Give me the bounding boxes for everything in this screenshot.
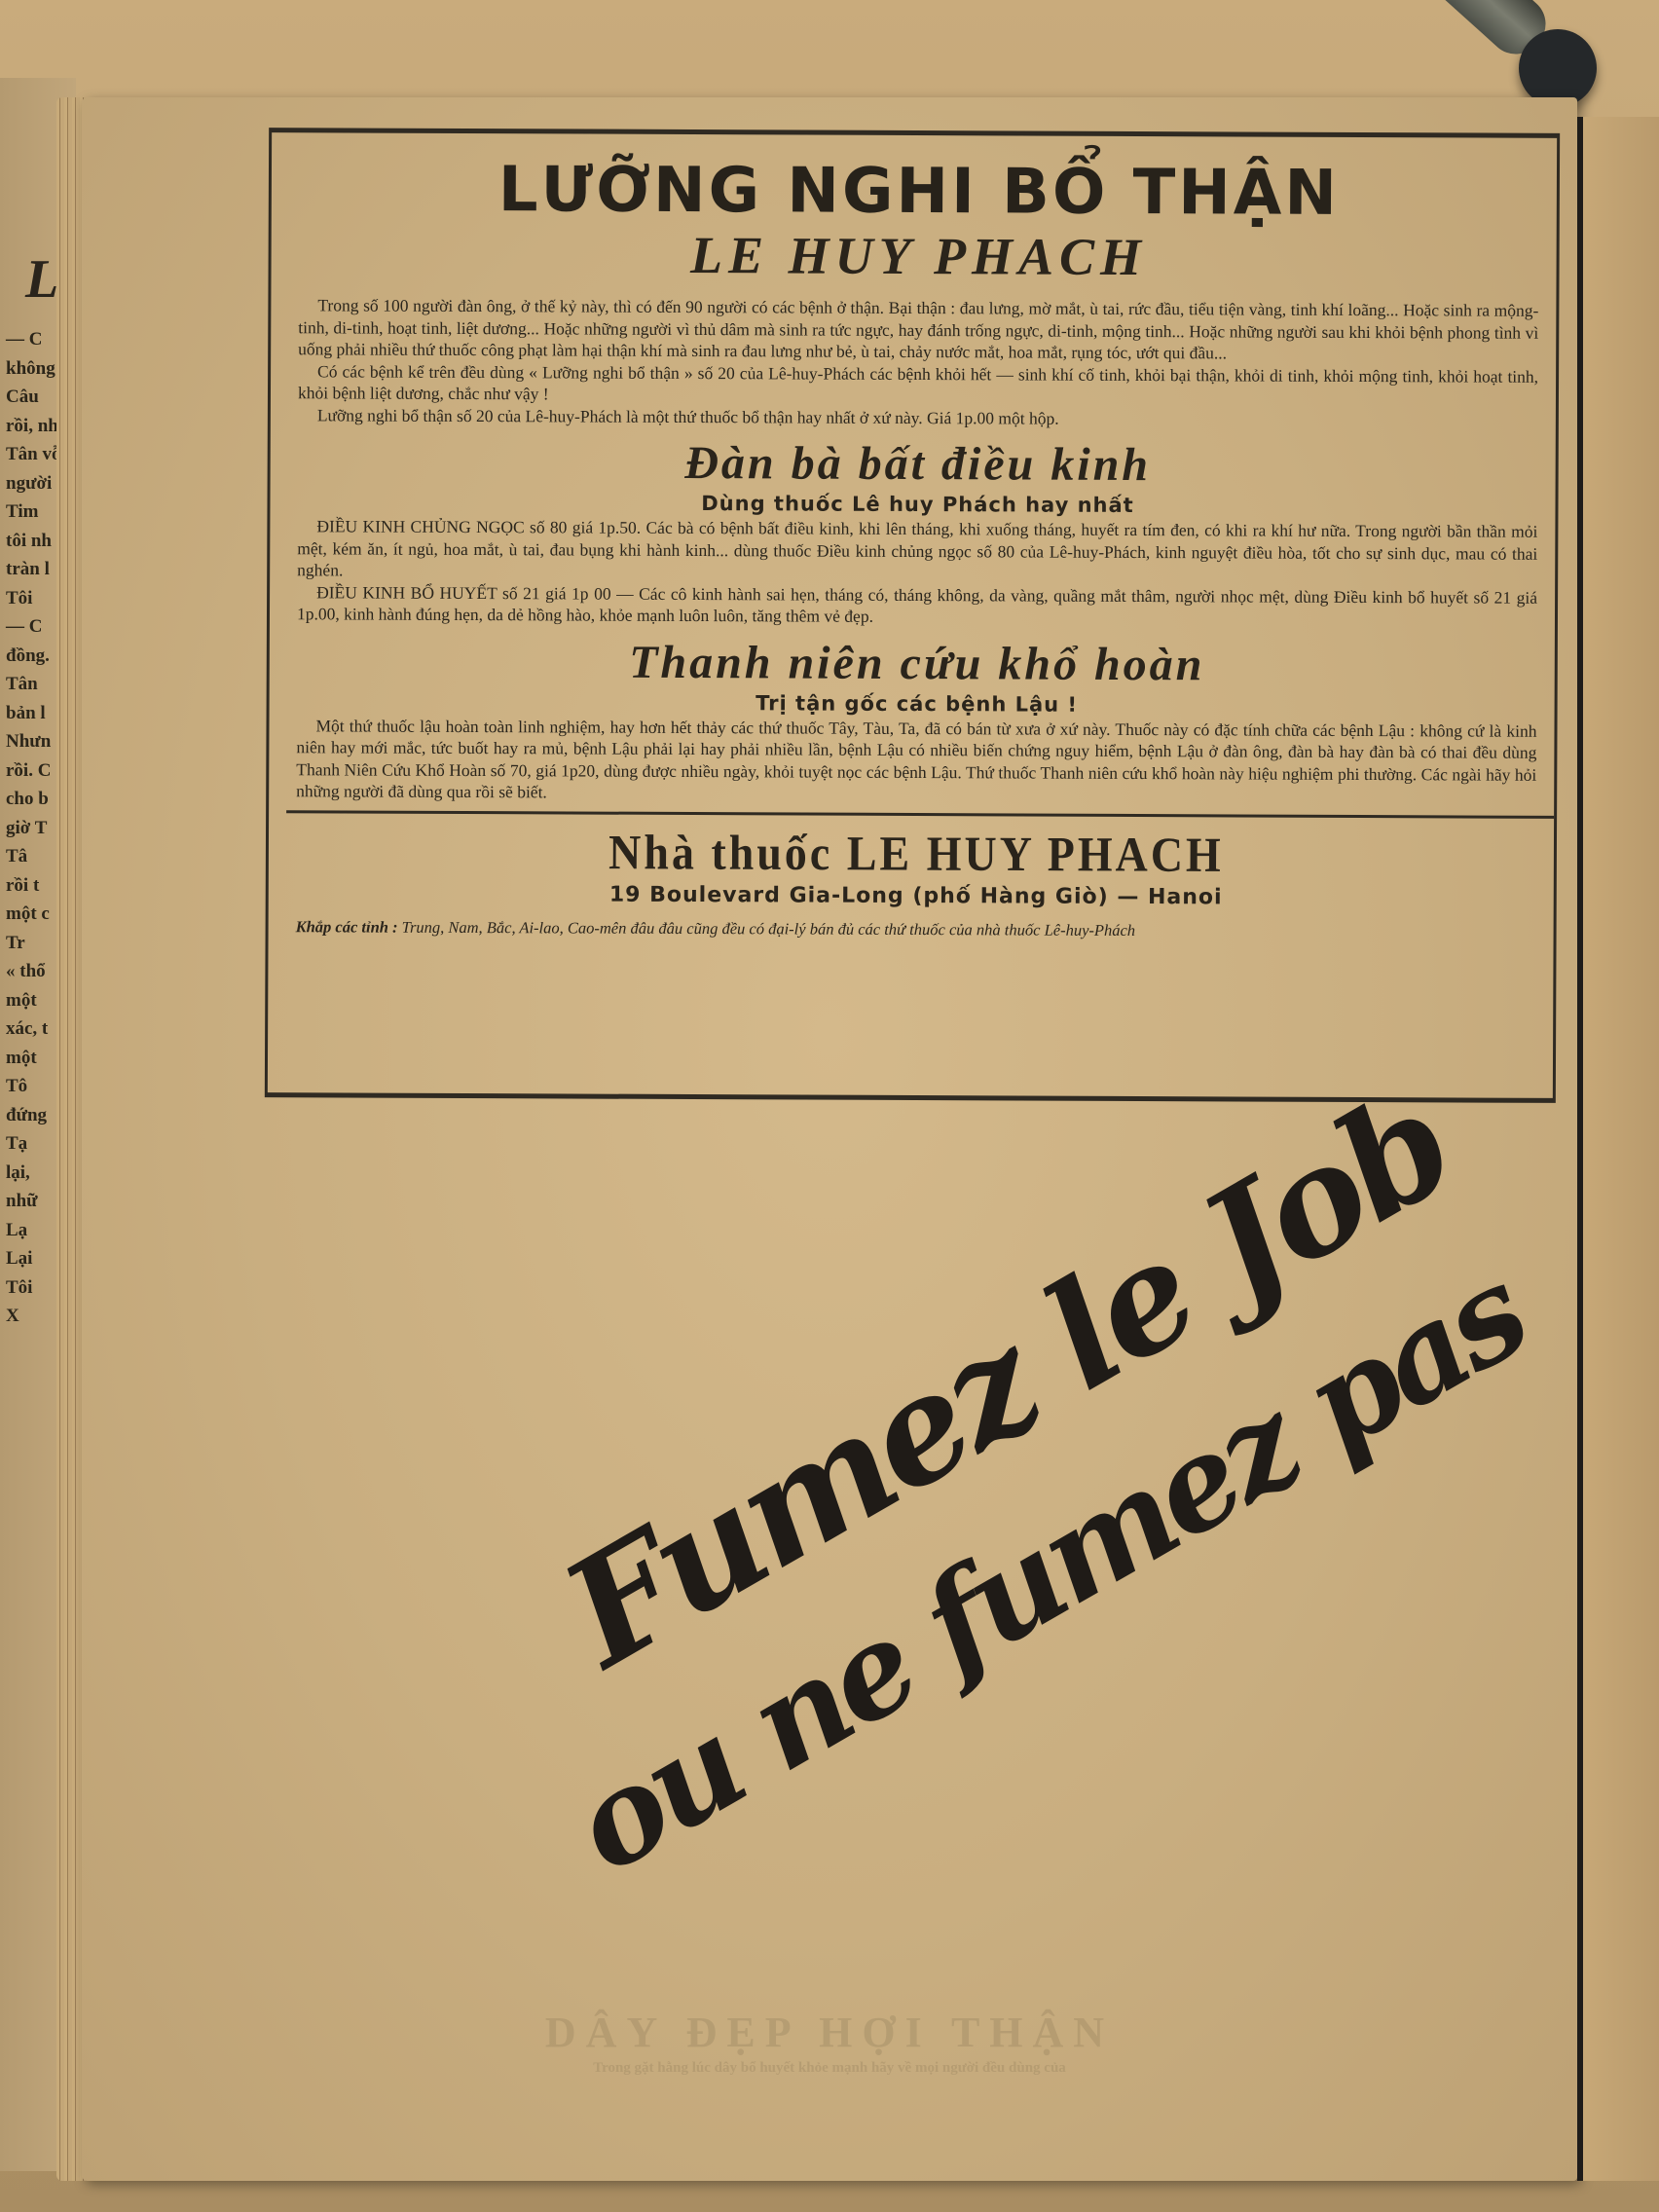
left-page-line: Tôi	[6, 1277, 32, 1299]
left-page-line: — C	[6, 329, 42, 350]
left-page-line: Tân	[6, 674, 38, 695]
ad-footer: Nhà thuốc LE HUY PHACH 19 Boulevard Gia-…	[296, 823, 1537, 945]
left-page-line: Tô	[6, 1076, 27, 1097]
left-page-line: nhữ	[6, 1191, 38, 1212]
paragraph: ĐIỀU KINH CHỦNG NGỌC số 80 giá 1p.50. Cá…	[297, 515, 1537, 586]
bleed-through-heading: DÂY ĐẸP HỢI THẬN	[0, 2008, 1659, 2057]
left-page-heading: L	[25, 248, 58, 311]
ad-brand: LE HUY PHACH	[298, 226, 1538, 286]
divider-line	[286, 810, 1554, 819]
left-page-line: Câu	[6, 387, 39, 408]
left-page-line: Nhưn	[6, 731, 51, 753]
paragraph: Trong số 100 người đàn ông, ở thế kỷ này…	[298, 294, 1538, 365]
left-page-line: xác, t	[6, 1018, 48, 1040]
section-dieu-kinh: Đàn bà bất điều kinh Dùng thuốc Lê huy P…	[297, 435, 1538, 630]
paragraph: Lưỡng nghi bổ thận số 20 của Lê-huy-Phác…	[298, 404, 1538, 431]
left-page-line: Tr	[6, 933, 25, 954]
agents-line: Khắp các tỉnh : Trung, Nam, Bắc, Ai-lao,…	[296, 914, 1536, 945]
paragraph: Một thứ thuốc lậu hoàn toàn linh nghiệm,…	[296, 715, 1536, 808]
left-page-line: Lạ	[6, 1220, 27, 1241]
left-page-line: đồng.	[6, 645, 50, 667]
paragraph: Có các bệnh kể trên đều dùng « Lưỡng ngh…	[298, 360, 1538, 410]
section-thanh-nien: Thanh niên cứu khổ hoàn Trị tận gốc các …	[296, 635, 1537, 808]
ad-title: LƯỠNG NGHI BỔ THẬN	[299, 152, 1539, 232]
left-page-line: tràn l	[6, 559, 50, 580]
right-page-edge	[1577, 117, 1659, 2181]
left-page-line: cho b	[6, 789, 49, 810]
left-page-line: Lại	[6, 1248, 32, 1270]
left-page-line: rồi. C	[6, 760, 51, 782]
left-page-line: Tạ	[6, 1133, 27, 1155]
left-page-line: lại,	[6, 1162, 30, 1184]
left-page-line: Tim	[6, 501, 38, 523]
left-page-line: một c	[6, 903, 50, 925]
section-heading: Thanh niên cứu khổ hoàn	[297, 635, 1537, 693]
left-page-line: đứng	[6, 1105, 47, 1126]
left-page-line: « thổ	[6, 961, 46, 982]
left-page-line: không	[6, 358, 55, 380]
pen-cap-icon	[1519, 29, 1597, 107]
left-page-line: — C	[6, 616, 42, 638]
agents-label: Khắp các tỉnh :	[296, 917, 398, 936]
left-page-line: rồi, nh	[6, 416, 58, 437]
left-page-line: một	[6, 990, 37, 1012]
agents-text: Trung, Nam, Bắc, Ai-lao, Cao-mên đâu đâu…	[402, 917, 1135, 939]
bleed-through-line: Trong gặt hằng lúc dây bổ huyết khỏe mạn…	[0, 2060, 1659, 2077]
advertisement-box: LƯỠNG NGHI BỔ THẬN LE HUY PHACH Trong số…	[265, 128, 1560, 1103]
left-page-line: tôi nh	[6, 531, 52, 552]
left-page-line: Tâ	[6, 846, 27, 867]
left-page-line: X	[6, 1306, 19, 1327]
paragraph: ĐIỀU KINH BỔ HUYẾT số 21 giá 1p 00 — Các…	[297, 581, 1537, 631]
section-heading: Đàn bà bất điều kinh	[298, 435, 1538, 494]
section-luong-nghi: Trong số 100 người đàn ông, ở thế kỷ này…	[298, 294, 1539, 431]
left-page-line: người	[6, 473, 52, 495]
left-page-line: giờ T	[6, 818, 47, 839]
left-page-line: Tôi	[6, 588, 32, 609]
left-page-line: bản l	[6, 703, 46, 724]
left-page-line: một	[6, 1048, 37, 1069]
pharmacy-name: Nhà thuốc LE HUY PHACH	[296, 820, 1536, 887]
left-page-line: rồi t	[6, 875, 39, 897]
left-page-line: Tân vỗ	[6, 444, 61, 465]
